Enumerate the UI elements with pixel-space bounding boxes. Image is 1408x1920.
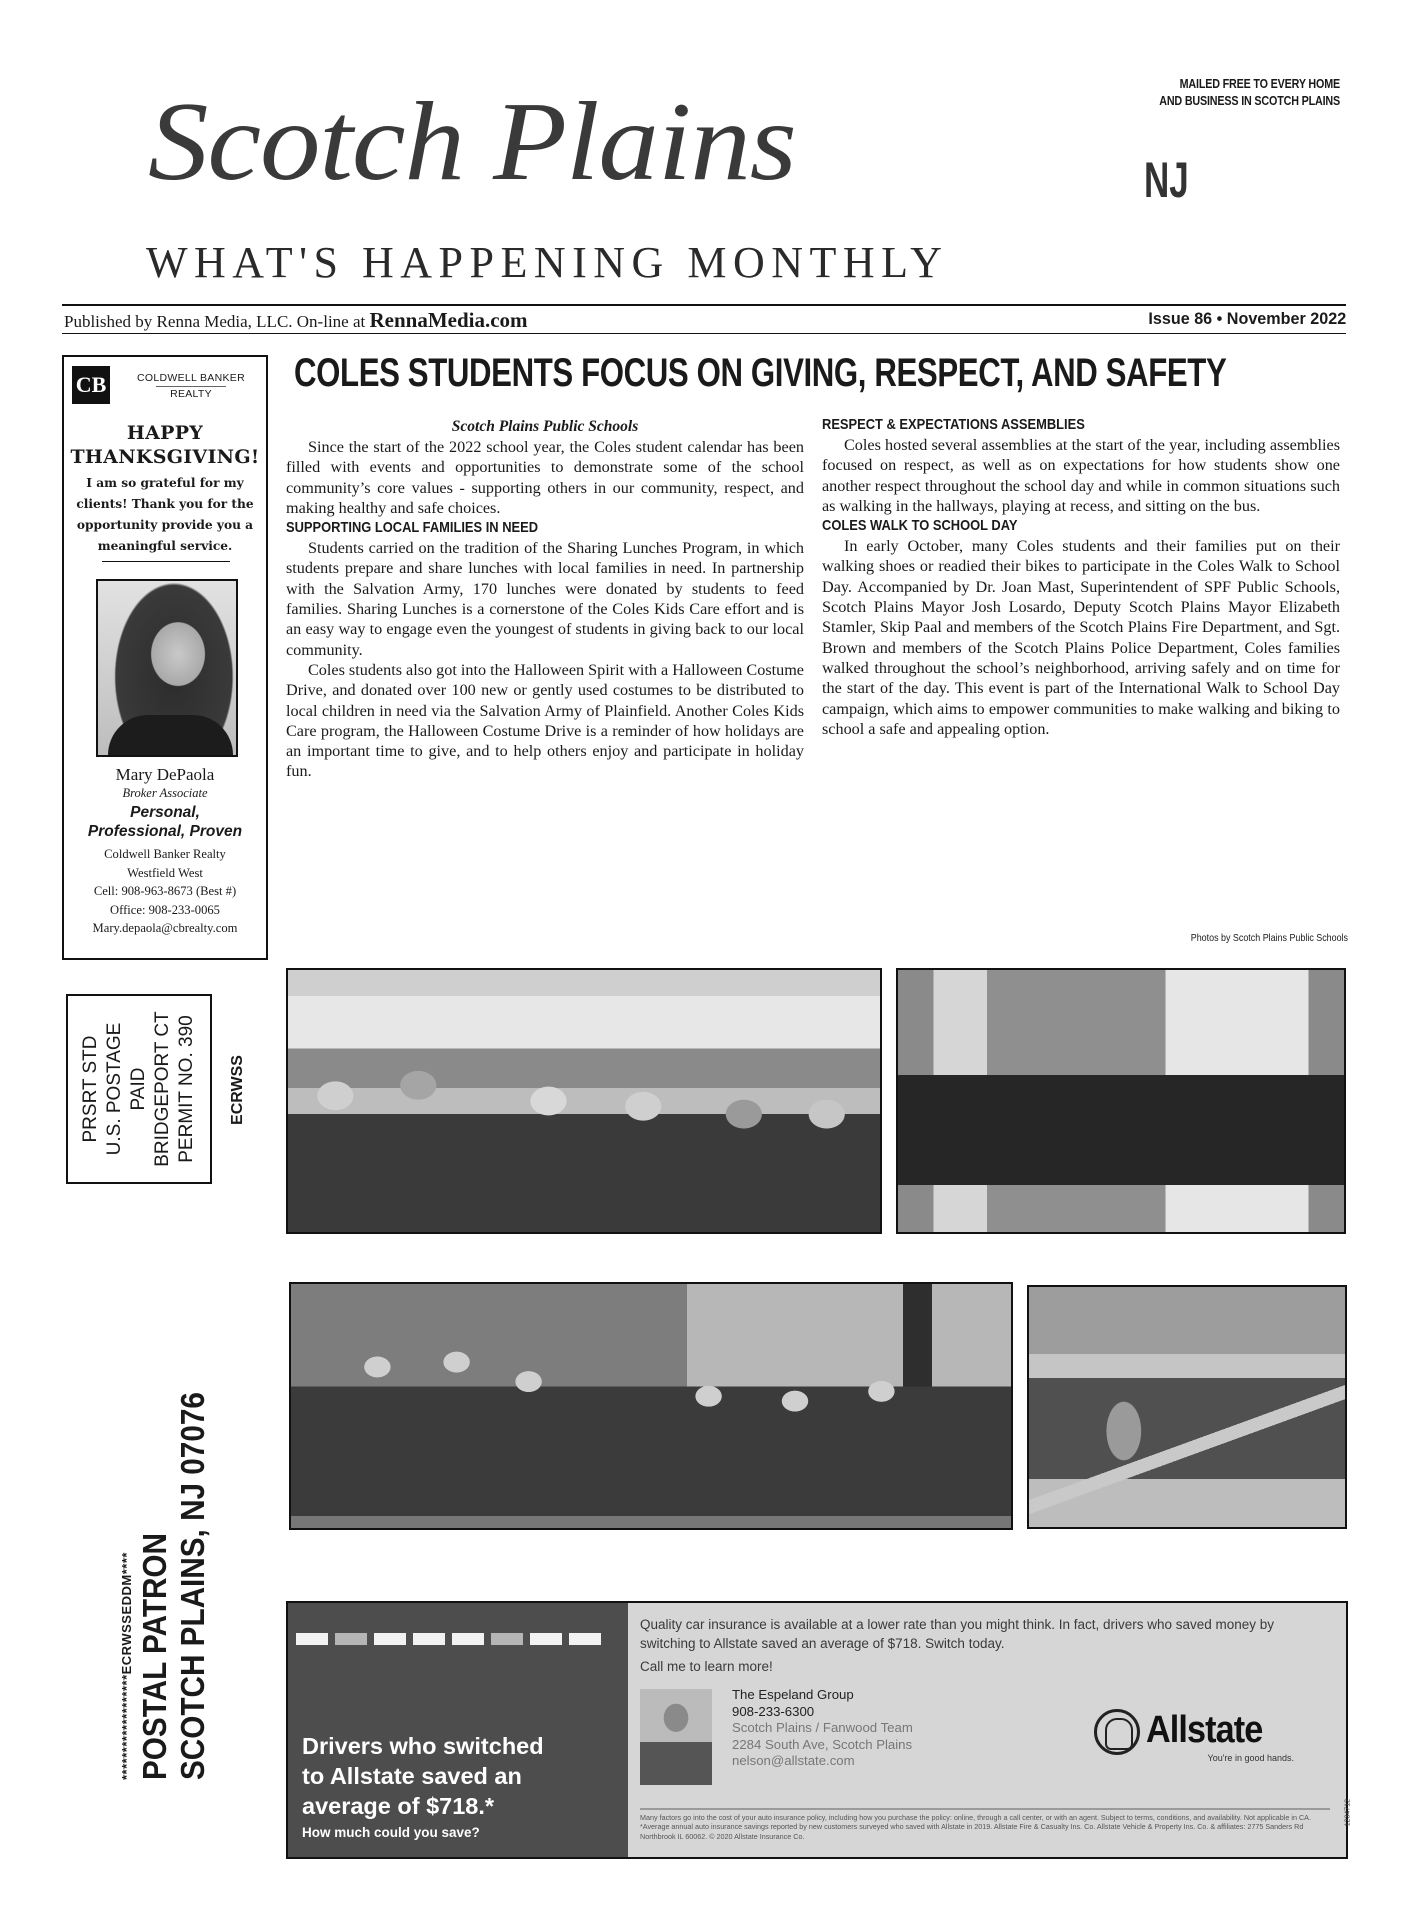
photo-credit: Photos by Scotch Plains Public Schools [1191, 932, 1348, 944]
allstate-headline: Drivers who switched to Allstate saved a… [302, 1731, 544, 1821]
coldwell-banker-logo-icon: CB [72, 366, 110, 404]
allstate-ad[interactable]: Drivers who switched to Allstate saved a… [286, 1601, 1348, 1859]
mailing-address-block: *******************ECRWSSEDDM**** POSTAL… [90, 1280, 240, 1780]
postage-text: PRSRT STD U.S. POSTAGE PAID BRIDGEPORT C… [79, 996, 199, 1182]
allstate-logo: Allstate You're in good hands. [1094, 1707, 1294, 1767]
mailed-free-line1: MAILED FREE TO EVERY HOME [1099, 76, 1340, 93]
greeting-line1: HAPPY [64, 421, 266, 445]
mailed-free-notice: MAILED FREE TO EVERY HOME AND BUSINESS I… [1099, 76, 1340, 110]
section-heading-supporting-families: SUPPORTING LOCAL FAMILIES IN NEED [286, 518, 731, 538]
allstate-intro: Quality car insurance is available at a … [640, 1615, 1300, 1653]
thank-you-message: I am so grateful for my clients! Thank y… [64, 473, 266, 557]
masthead-subtitle: WHAT'S HAPPENING MONTHLY [146, 238, 1246, 288]
allstate-call-to-action: Call me to learn more! [640, 1657, 773, 1676]
agency-email-link[interactable]: nelson@allstate.com [732, 1753, 913, 1770]
masthead-rule-top [62, 304, 1346, 306]
agent-rep-photo [640, 1689, 712, 1785]
car-icon [569, 1633, 601, 1645]
agent-company: Coldwell Banker Realty [64, 845, 266, 864]
article-paragraph: Students carried on the tradition of the… [286, 538, 804, 660]
publisher-text: Published by Renna Media, LLC. On-line a… [64, 312, 369, 331]
brand-line2: REALTY [116, 388, 266, 401]
allstate-brand: Allstate [1146, 1707, 1262, 1753]
article-column-1: Scotch Plains Public Schools Since the s… [286, 417, 804, 782]
agency-address: 2284 South Ave, Scotch Plains [732, 1737, 913, 1754]
agent-cell[interactable]: Cell: 908-963-8673 (Best #) [64, 882, 266, 901]
car-icon [452, 1633, 484, 1645]
issue-date: Issue 86 • November 2022 [1148, 307, 1346, 331]
address-line2: SCOTCH PLAINS, NJ 07076 [174, 1330, 212, 1780]
publisher-line: Published by Renna Media, LLC. On-line a… [64, 308, 528, 334]
masthead-title: Scotch Plains [148, 82, 796, 202]
agency-contact: The Espeland Group 908-233-6300 Scotch P… [732, 1687, 913, 1770]
ad-code: 1234712 [1344, 1799, 1351, 1826]
realtor-ad[interactable]: CB COLDWELL BANKER REALTY HAPPY THANKSGI… [62, 355, 268, 960]
agent-office-phone[interactable]: Office: 908-233-0065 [64, 901, 266, 920]
agent-name: Mary DePaola [64, 765, 266, 785]
article-intro: Since the start of the 2022 school year,… [286, 437, 804, 518]
address-line1: POSTAL PATRON [136, 1330, 174, 1780]
brand-divider [156, 386, 226, 387]
agency-name: The Espeland Group [732, 1687, 913, 1704]
car-icon [374, 1633, 406, 1645]
car-icons-row [296, 1633, 601, 1645]
article-column-2: RESPECT & EXPECTATIONS ASSEMBLIES Coles … [822, 415, 1340, 739]
headline-line: Drivers who switched [302, 1731, 544, 1761]
fine-print: Many factors go into the cost of your au… [640, 1813, 1330, 1841]
car-icon [296, 1633, 328, 1645]
article-paragraph: Coles hosted several assemblies at the s… [822, 435, 1340, 516]
section-heading-respect-assemblies: RESPECT & EXPECTATIONS ASSEMBLIES [822, 415, 1267, 435]
photo-students-bus [286, 968, 882, 1234]
photo-firefighters-truck [896, 968, 1346, 1234]
postage-line: U.S. POSTAGE [103, 996, 127, 1182]
postage-indicia: PRSRT STD U.S. POSTAGE PAID BRIDGEPORT C… [66, 994, 212, 1184]
article-paragraph: Coles students also got into the Hallowe… [286, 660, 804, 782]
allstate-ad-details: Quality car insurance is available at a … [628, 1603, 1346, 1857]
allstate-ad-promo-panel: Drivers who switched to Allstate saved a… [288, 1603, 628, 1857]
brand-line1: COLDWELL BANKER [116, 372, 266, 385]
article-paragraph: In early October, many Coles students an… [822, 536, 1340, 739]
agency-team: Scotch Plains / Fanwood Team [732, 1720, 913, 1737]
agent-contact: Coldwell Banker Realty Westfield West Ce… [64, 845, 266, 938]
agency-phone[interactable]: 908-233-6300 [732, 1704, 913, 1721]
agent-tagline: Personal, Professional, Proven [64, 803, 266, 841]
greeting-line2: THANKSGIVING! [64, 445, 266, 469]
headline-line: average of $718.* [302, 1791, 544, 1821]
article-byline: Scotch Plains Public Schools [286, 417, 804, 437]
thanksgiving-greeting: HAPPY THANKSGIVING! [64, 421, 266, 469]
agent-title: Broker Associate [64, 785, 266, 801]
ad-divider [102, 561, 230, 562]
address-text: *******************ECRWSSEDDM**** POSTAL… [118, 1280, 212, 1780]
good-hands-icon [1094, 1709, 1140, 1755]
portrait-shoulders [108, 715, 233, 755]
masthead-state: NJ [1144, 152, 1189, 208]
agent-portrait-photo [96, 579, 238, 757]
realtor-brand: COLDWELL BANKER REALTY [116, 372, 266, 401]
ecrwss-text: ECRWSS [229, 1055, 247, 1125]
photo-students-crosswalk [1027, 1285, 1347, 1529]
agent-office-location: Westfield West [64, 864, 266, 883]
car-icon [530, 1633, 562, 1645]
postage-line: PRSRT STD [79, 996, 103, 1182]
agent-email-link[interactable]: Mary.depaola@cbrealty.com [64, 919, 266, 938]
allstate-slogan: You're in good hands. [1208, 1753, 1294, 1763]
car-icon [413, 1633, 445, 1645]
article-headline: COLES STUDENTS FOCUS ON GIVING, RESPECT,… [294, 350, 1110, 396]
car-icon [335, 1633, 367, 1645]
masthead-rule-bottom [62, 333, 1346, 334]
tagline-line1: Personal, [64, 803, 266, 822]
publisher-site-link[interactable]: RennaMedia.com [369, 308, 527, 332]
car-icon [491, 1633, 523, 1645]
section-heading-walk-to-school: COLES WALK TO SCHOOL DAY [822, 516, 1267, 536]
postage-line: BRIDGEPORT CT [151, 996, 175, 1182]
tagline-line2: Professional, Proven [64, 822, 266, 841]
photo-students-group [289, 1282, 1013, 1530]
fine-print-rule [640, 1808, 1330, 1810]
postage-line: PAID [127, 996, 151, 1182]
allstate-subhead: How much could you save? [302, 1825, 480, 1841]
headline-line: to Allstate saved an [302, 1761, 544, 1791]
postage-line: PERMIT NO. 390 [175, 996, 199, 1182]
mailed-free-line2: AND BUSINESS IN SCOTCH PLAINS [1099, 93, 1340, 110]
ecrwss-mark: ECRWSS [208, 1060, 268, 1120]
address-stars: *******************ECRWSSEDDM**** [118, 1280, 136, 1780]
